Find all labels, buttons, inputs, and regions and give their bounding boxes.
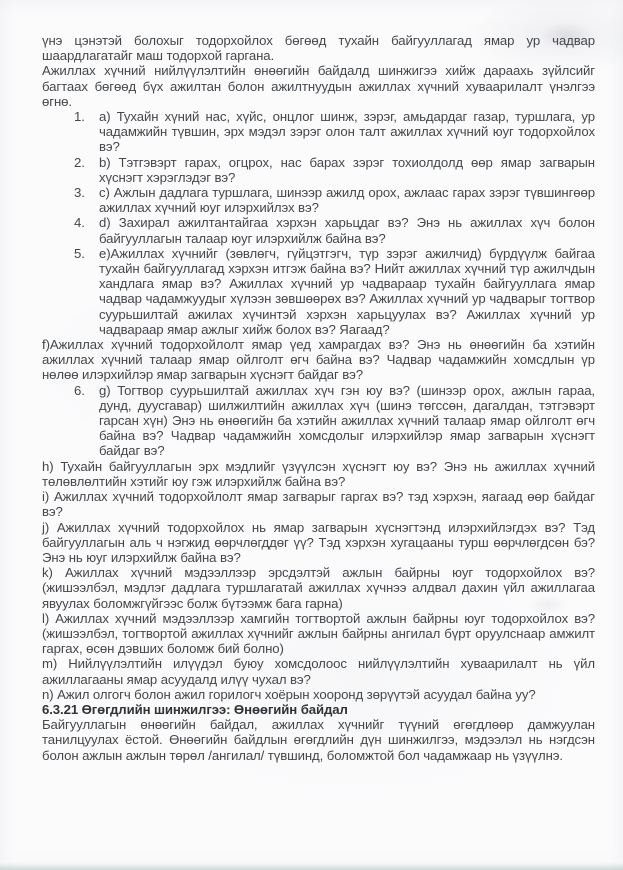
paragraph: n) Ажил олгогч болон ажил горилогч хоёры… <box>42 687 595 702</box>
list-item: 2. b) Тэтгэвэрт гарах, огцрох, нас барах… <box>42 155 595 185</box>
list-marker: 4. <box>74 215 99 245</box>
paragraph: h) Тухайн байгууллагын эрх мэдлийг үзүүл… <box>42 459 595 489</box>
paragraph: k) Ажиллах хүчний мэдээллээр эрсдэлтэй а… <box>42 565 595 611</box>
list-text: d) Захирал ажилтантайгаа хэрхэн харьцдаг… <box>99 215 595 245</box>
document-body: үнэ цэнэтэй болохыг тодорхойлох бөгөөд т… <box>42 33 595 763</box>
list-text: е)Ажиллах хүчнийг (зөвлөгч, гүйцэтгэгч, … <box>99 246 595 337</box>
paragraph: m) Нийлүүлэлтийн илүүдэл буюу хомсдолоос… <box>42 656 595 686</box>
page-bottom-scan-edge <box>0 863 623 870</box>
list-marker: 2. <box>74 155 99 185</box>
paragraph: i) Ажиллах хүчний тодорхойлолт ямар загв… <box>42 489 595 519</box>
paragraph: Ажиллах хүчний нийлүүлэлтийн өнөөгийн ба… <box>42 63 595 109</box>
section-heading: 6.3.21 Өгөгдлийн шинжилгээ: Өнөөгийн бай… <box>42 702 595 717</box>
list-item: 6. g) Тогтвор суурьшилтай ажиллах хүч гэ… <box>42 383 595 459</box>
scanned-document-page: үнэ цэнэтэй болохыг тодорхойлох бөгөөд т… <box>0 0 623 870</box>
list-item: 1. a) Тухайн хүний нас, хүйс, онцлог шин… <box>42 109 595 155</box>
list-text: a) Тухайн хүний нас, хүйс, онцлог шинж, … <box>99 109 595 155</box>
list-text: c) Ажлын дадлага туршлага, шинээр ажилд … <box>99 185 595 215</box>
list-text: b) Тэтгэвэрт гарах, огцрох, нас барах зэ… <box>99 155 595 185</box>
list-item: 5. е)Ажиллах хүчнийг (зөвлөгч, гүйцэтгэг… <box>42 246 595 337</box>
list-marker: 5. <box>74 246 99 337</box>
list-text: g) Тогтвор суурьшилтай ажиллах хүч гэн ю… <box>99 383 595 459</box>
list-item: 3. c) Ажлын дадлага туршлага, шинээр ажи… <box>42 185 595 215</box>
list-marker: 1. <box>74 109 99 155</box>
paragraph: үнэ цэнэтэй болохыг тодорхойлох бөгөөд т… <box>42 33 595 63</box>
list-marker: 6. <box>74 383 99 459</box>
paragraph: Байгууллагын өнөөгийн байдал, ажиллах хү… <box>42 717 595 763</box>
paragraph: f)Ажиллах хүчний тодорхойлолт ямар үед х… <box>42 337 595 383</box>
list-item: 4. d) Захирал ажилтантайгаа хэрхэн харьц… <box>42 215 595 245</box>
list-marker: 3. <box>74 185 99 215</box>
paragraph: j) Ажиллах хүчний тодорхойлох нь ямар за… <box>42 520 595 566</box>
paragraph: l) Ажиллах хүчний мэдээллээр хамгийн тог… <box>42 611 595 657</box>
